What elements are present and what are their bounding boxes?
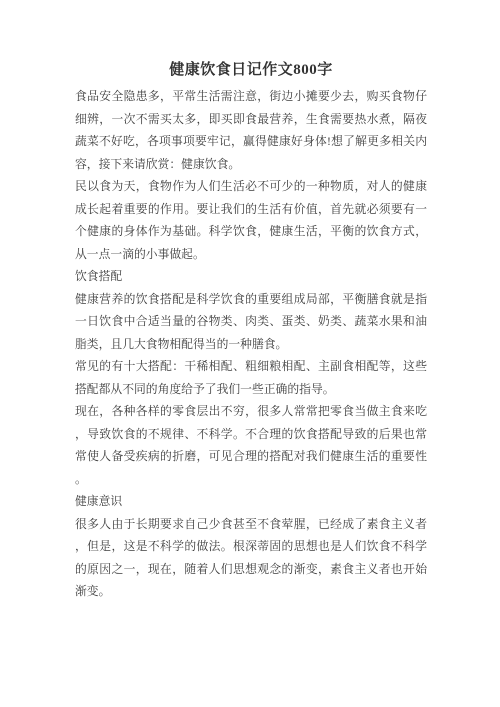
text-line: ，但是，这是不科学的做法。根深蒂固的思想也是人们饮食不科学 bbox=[75, 535, 427, 558]
text-line: 常见的有十大搭配：干稀相配、粗细粮相配、主副食相配等，这些 bbox=[75, 355, 427, 378]
text-line: 现在，各种各样的零食层出不穷，很多人常常把零食当做主食来吃 bbox=[75, 400, 427, 423]
paragraph: 常见的有十大搭配：干稀相配、粗细粮相配、主副食相配等，这些搭配都从不同的角度给予… bbox=[75, 355, 427, 400]
text-line: 民以食为天，食物作为人们生活必不可少的一种物质，对人的健康 bbox=[75, 175, 427, 198]
text-line: 容，接下来请欣赏：健康饮食。 bbox=[75, 153, 427, 176]
text-line: 健康营养的饮食搭配是科学饮食的重要组成局部，平衡膳食就是指 bbox=[75, 288, 427, 311]
document-page: 健康饮食日记作文800字 食品安全隐患多，平常生活需注意，街边小摊要少去，购买食… bbox=[0, 0, 500, 707]
paragraph: 民以食为天，食物作为人们生活必不可少的一种物质，对人的健康成长起着重要的作用。要… bbox=[75, 175, 427, 265]
document-body: 食品安全隐患多，平常生活需注意，街边小摊要少去，购买食物仔细辨，一次不需买太多，… bbox=[75, 85, 427, 603]
text-line: 个健康的身体作为基础。科学饮食，健康生活，平衡的饮食方式， bbox=[75, 220, 427, 243]
paragraph: 很多人由于长期要求自己少食甚至不食荤腥，已经成了素食主义者，但是，这是不科学的做… bbox=[75, 513, 427, 603]
text-line: ，导致饮食的不规律、不科学。不合理的饮食搭配导致的后果也常 bbox=[75, 423, 427, 446]
text-line: 食品安全隐患多，平常生活需注意，街边小摊要少去，购买食物仔 bbox=[75, 85, 427, 108]
section-heading: 健康意识 bbox=[75, 490, 427, 513]
text-line: 很多人由于长期要求自己少食甚至不食荤腥，已经成了素食主义者 bbox=[75, 513, 427, 536]
paragraph: 现在，各种各样的零食层出不穷，很多人常常把零食当做主食来吃，导致饮食的不规律、不… bbox=[75, 400, 427, 490]
paragraph: 食品安全隐患多，平常生活需注意，街边小摊要少去，购买食物仔细辨，一次不需买太多，… bbox=[75, 85, 427, 175]
text-line: 的原因之一，现在，随着人们思想观念的渐变，素食主义者也开始 bbox=[75, 558, 427, 581]
text-line: 脂类，且几大食物相配得当的一种膳食。 bbox=[75, 333, 427, 356]
text-line: 渐变。 bbox=[75, 580, 427, 603]
text-line: 常使人备受疾病的折磨，可见合理的搭配对我们健康生活的重要性 bbox=[75, 445, 427, 468]
paragraph: 健康营养的饮食搭配是科学饮食的重要组成局部，平衡膳食就是指一日饮食中合适当量的谷… bbox=[75, 288, 427, 356]
text-line: 蔬菜不好吃，各项事项要牢记，赢得健康好身体!想了解更多相关内 bbox=[75, 130, 427, 153]
text-line: 成长起着重要的作用。要让我们的生活有价值，首先就必须要有一 bbox=[75, 198, 427, 221]
text-line: 细辨，一次不需买太多，即买即食最营养，生食需要热水煮，隔夜 bbox=[75, 108, 427, 131]
text-line: 从一点一滴的小事做起。 bbox=[75, 243, 427, 266]
text-line: 。 bbox=[75, 468, 427, 491]
document-title: 健康饮食日记作文800字 bbox=[75, 56, 427, 85]
text-line: 搭配都从不同的角度给予了我们一些正确的指导。 bbox=[75, 378, 427, 401]
text-line: 一日饮食中合适当量的谷物类、肉类、蛋类、奶类、蔬菜水果和油 bbox=[75, 310, 427, 333]
section-heading: 饮食搭配 bbox=[75, 265, 427, 288]
